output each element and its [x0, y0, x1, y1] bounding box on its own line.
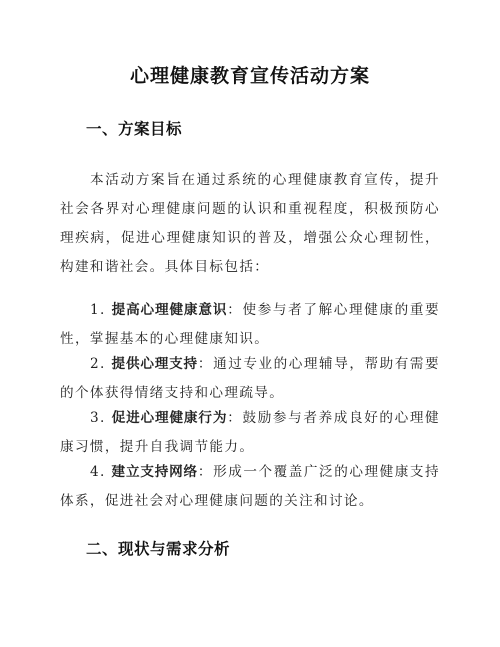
goal-separator: ：: [198, 464, 213, 480]
document-title: 心理健康教育宣传活动方案: [60, 61, 440, 88]
section-heading-analysis: 二、现状与需求分析: [86, 537, 230, 559]
intro-paragraph: 本活动方案旨在通过系统的心理健康教育宣传，提升社会各界对心理健康问题的认识和重视…: [60, 166, 440, 282]
goal-number: 1.: [90, 302, 112, 318]
goal-separator: ：: [227, 410, 242, 426]
goal-item: 2. 提供心理支持：通过专业的心理辅导，帮助有需要的个体获得情绪支持和心理疏导。: [60, 350, 440, 408]
goal-item: 3. 促进心理健康行为：鼓励参与者养成良好的心理健康习惯，提升自我调节能力。: [60, 404, 440, 462]
goal-number: 3.: [90, 410, 112, 426]
section-heading-goals: 一、方案目标: [86, 117, 182, 139]
goal-number: 4.: [90, 464, 112, 480]
goal-title: 提供心理支持: [112, 356, 198, 372]
goal-number: 2.: [90, 356, 112, 372]
goal-item: 1. 提高心理健康意识：使参与者了解心理健康的重要性，掌握基本的心理健康知识。: [60, 296, 440, 354]
goal-title: 促进心理健康行为: [112, 410, 228, 426]
goal-title: 提高心理健康意识: [112, 302, 228, 318]
goal-separator: ：: [198, 356, 213, 372]
goal-title: 建立支持网络: [112, 464, 198, 480]
goal-item: 4. 建立支持网络：形成一个覆盖广泛的心理健康支持体系，促进社会对心理健康问题的…: [60, 458, 440, 516]
goal-separator: ：: [227, 302, 242, 318]
